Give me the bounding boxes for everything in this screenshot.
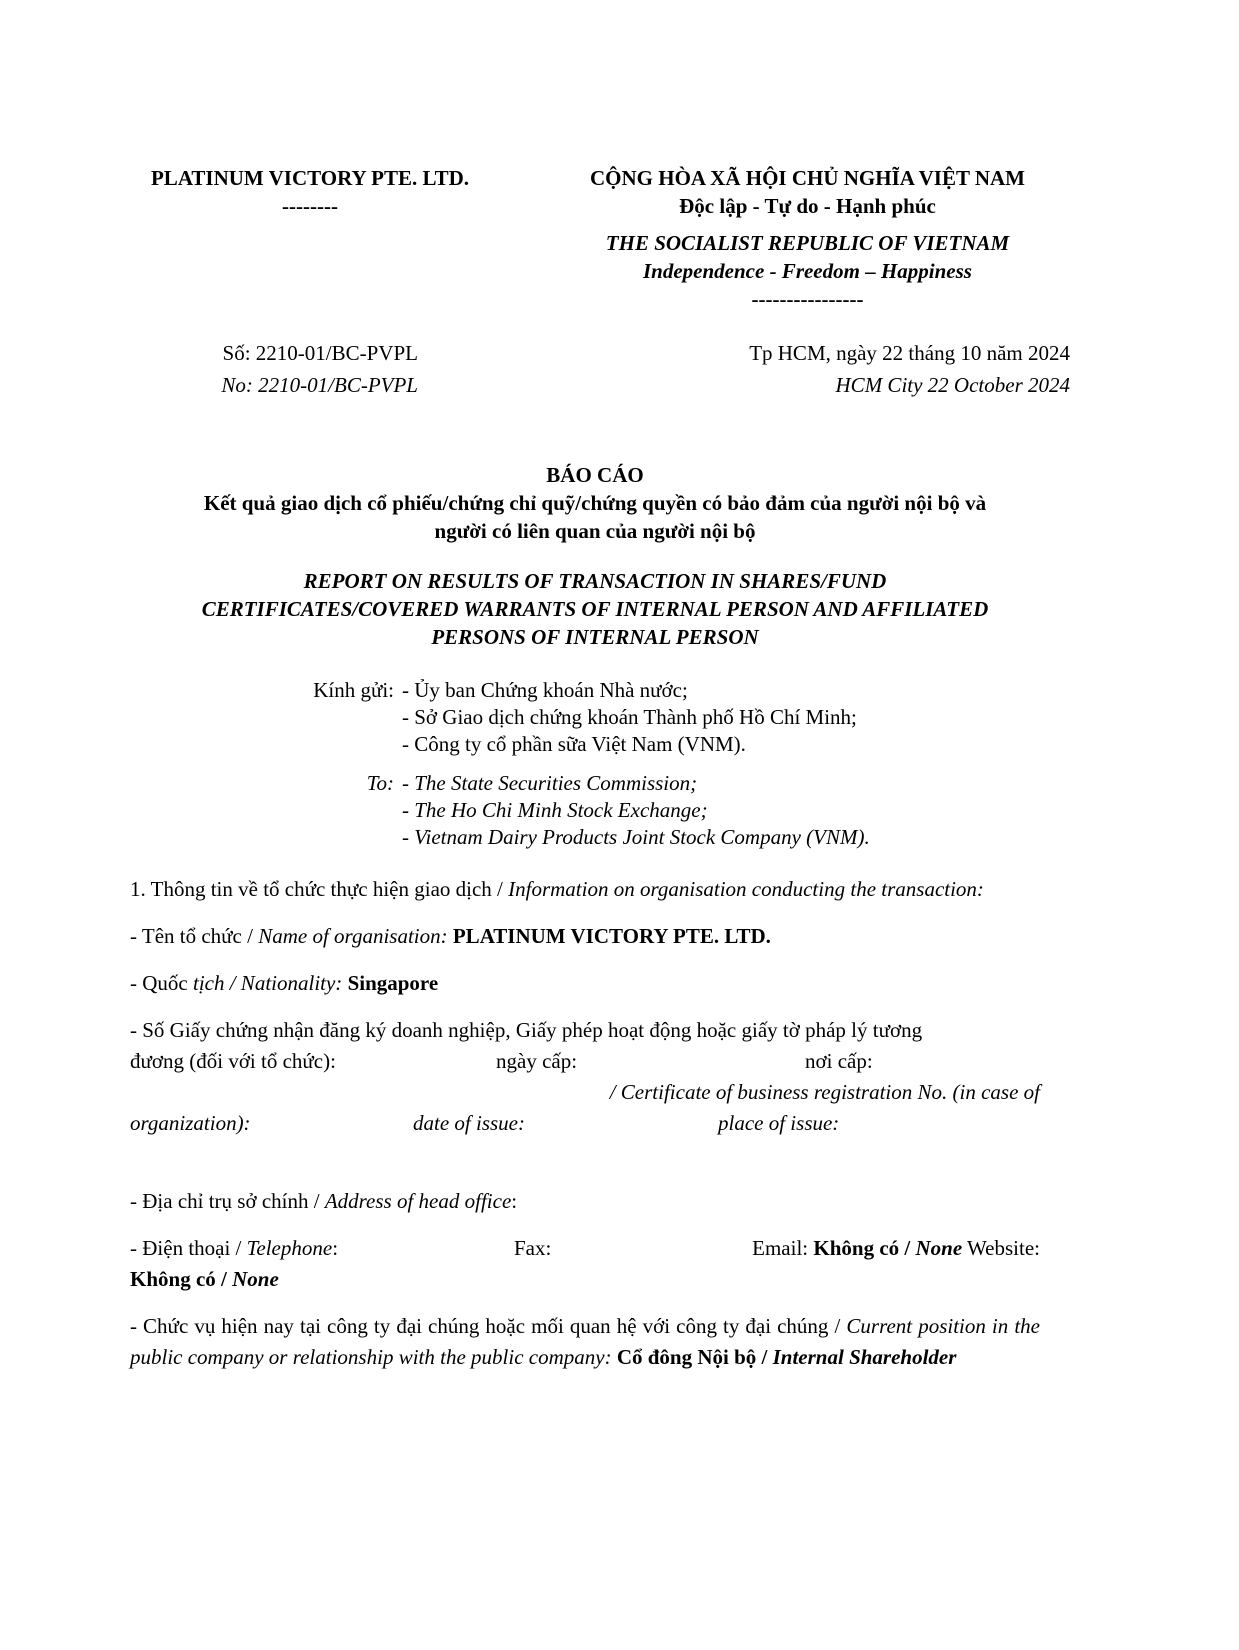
contact-field: - Điện thoại / Telephone: Fax: Email: Kh… bbox=[130, 1233, 1040, 1295]
nationality-value: Singapore bbox=[348, 971, 439, 995]
fax-label: Fax: bbox=[514, 1233, 551, 1264]
recipients-en: To: - The State Securities Commission; -… bbox=[260, 770, 1060, 851]
recipients-block: Kính gửi: - Ủy ban Chứng khoán Nhà nước;… bbox=[260, 677, 1060, 851]
document-number: Số: 2210-01/BC-PVPL No: 2210-01/BC-PVPL bbox=[150, 337, 418, 401]
website-label: Website: bbox=[962, 1236, 1040, 1260]
email-label: Email: bbox=[752, 1236, 813, 1260]
recipient-item: - Ủy ban Chứng khoán Nhà nước; bbox=[402, 677, 857, 704]
recipient-item: - Công ty cổ phần sữa Việt Nam (VNM). bbox=[402, 731, 857, 758]
company-name: PLATINUM VICTORY PTE. LTD. bbox=[105, 164, 515, 192]
section-organisation-info: 1. Thông tin về tổ chức thực hiện giao d… bbox=[130, 874, 1040, 1389]
recipient-item: - The Ho Chi Minh Stock Exchange; bbox=[402, 797, 870, 824]
recipient-item: - The State Securities Commission; bbox=[402, 770, 870, 797]
title-subtitle-line2: người có liên quan của người nội bộ bbox=[120, 517, 1070, 545]
org-name-value: PLATINUM VICTORY PTE. LTD. bbox=[453, 924, 771, 948]
recipients-vi: Kính gửi: - Ủy ban Chứng khoán Nhà nước;… bbox=[260, 677, 1060, 758]
title-en-line1: REPORT ON RESULTS OF TRANSACTION IN SHAR… bbox=[120, 567, 1070, 595]
report-title-vi: BÁO CÁO Kết quả giao dịch cổ phiếu/chứng… bbox=[120, 461, 1070, 545]
date-en: HCM City 22 October 2024 bbox=[600, 369, 1070, 401]
title-heading: BÁO CÁO bbox=[120, 461, 1070, 489]
national-header: CỘNG HÒA XÃ HỘI CHỦ NGHĨA VIỆT NAM Độc l… bbox=[545, 164, 1070, 313]
position-field: - Chức vụ hiện nay tại công ty đại chúng… bbox=[130, 1311, 1040, 1373]
recipients-label-vi: Kính gửi: bbox=[260, 677, 402, 758]
recipient-item: - Sở Giao dịch chứng khoán Thành phố Hồ … bbox=[402, 704, 857, 731]
country-name-vi: CỘNG HÒA XÃ HỘI CHỦ NGHĨA VIỆT NAM bbox=[545, 164, 1070, 192]
report-title-en: REPORT ON RESULTS OF TRANSACTION IN SHAR… bbox=[120, 567, 1070, 651]
company-separator: -------- bbox=[105, 192, 515, 220]
number-vi: Số: 2210-01/BC-PVPL bbox=[150, 337, 418, 369]
motto-en: Independence - Freedom – Happiness bbox=[545, 257, 1070, 285]
recipient-item: - Vietnam Dairy Products Joint Stock Com… bbox=[402, 824, 870, 851]
title-en-line3: PERSONS OF INTERNAL PERSON bbox=[120, 623, 1070, 651]
certificate-field: - Số Giấy chứng nhận đăng ký doanh nghiệ… bbox=[130, 1015, 1040, 1139]
motto-vi: Độc lập - Tự do - Hạnh phúc bbox=[545, 192, 1070, 220]
address-field: - Địa chỉ trụ sở chính / Address of head… bbox=[130, 1186, 1040, 1217]
country-separator: ---------------- bbox=[545, 285, 1070, 313]
nationality-field: - Quốc tịch / Nationality: Singapore bbox=[130, 968, 1040, 999]
number-en: No: 2210-01/BC-PVPL bbox=[150, 369, 418, 401]
recipients-label-en: To: bbox=[260, 770, 402, 851]
org-name-field: - Tên tổ chức / Name of organisation: PL… bbox=[130, 921, 1040, 952]
issuer-block: PLATINUM VICTORY PTE. LTD. -------- bbox=[105, 164, 515, 220]
country-name-en: THE SOCIALIST REPUBLIC OF VIETNAM bbox=[545, 229, 1070, 257]
document-date: Tp HCM, ngày 22 tháng 10 năm 2024 HCM Ci… bbox=[600, 337, 1070, 401]
section-heading: 1. Thông tin về tổ chức thực hiện giao d… bbox=[130, 874, 1040, 905]
title-subtitle-line1: Kết quả giao dịch cổ phiếu/chứng chỉ quỹ… bbox=[120, 489, 1070, 517]
website-value: Không có / None bbox=[130, 1264, 1040, 1295]
title-en-line2: CERTIFICATES/COVERED WARRANTS OF INTERNA… bbox=[120, 595, 1070, 623]
date-vi: Tp HCM, ngày 22 tháng 10 năm 2024 bbox=[600, 337, 1070, 369]
